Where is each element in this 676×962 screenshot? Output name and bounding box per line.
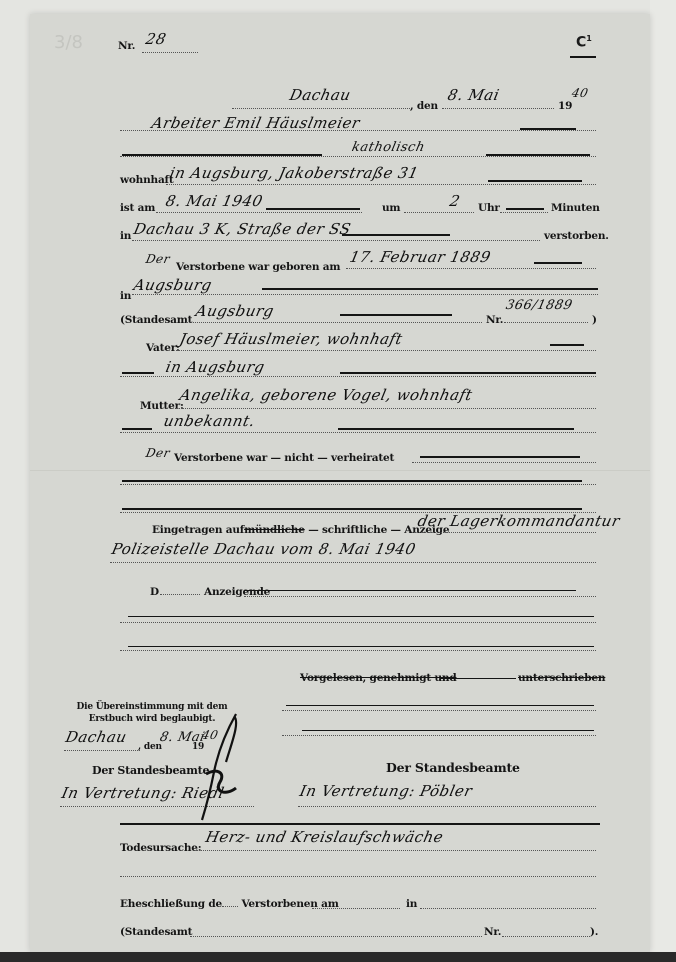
fill-bar (534, 262, 582, 264)
birth-standesamt-line (186, 322, 482, 323)
registrar-signature: In Vertretung: Pöbler (298, 782, 474, 800)
approval-strike-line (440, 678, 516, 679)
cause-of-death-value: Herz- und Kreislaufschwäche (204, 828, 445, 846)
cause-of-death-line-2 (120, 876, 596, 877)
mutter-value-1: Angelika, geborene Vogel, wohnhaft (178, 386, 474, 404)
fold-crease (30, 470, 650, 471)
anzeigende-prefix: D (150, 586, 159, 598)
scan-margin-right (650, 0, 676, 962)
uhr-label: Uhr (478, 202, 500, 214)
cause-of-death-line (196, 850, 596, 851)
hour-line (404, 212, 474, 213)
vater-value-1: Josef Häuslmeier, wohnhaft (178, 330, 404, 348)
mutter-value-2: unbekannt. (162, 412, 257, 430)
certification-place-line (64, 750, 140, 751)
place-of-death: Dachau 3 K, Straße der SS (132, 220, 353, 238)
fill-bar (302, 730, 594, 731)
marriage-close-paren: ). (590, 926, 598, 938)
fill-bar (342, 234, 450, 236)
fill-bar (262, 288, 598, 290)
marital-line-1 (412, 462, 596, 463)
mutter-line-2 (120, 432, 596, 433)
header-date-line (442, 108, 554, 109)
header-date: 8. Mai (446, 86, 501, 104)
minuten-label: Minuten (551, 202, 600, 214)
name-line (120, 130, 596, 131)
registration-line-1 (414, 532, 596, 533)
birth-close-paren: ) (592, 314, 597, 326)
marital-article: Der (145, 446, 172, 460)
um-label: um (382, 202, 400, 214)
birth-place-line (132, 294, 598, 295)
birth-label: Verstorbene war geboren am (176, 261, 340, 273)
fill-bar (420, 456, 580, 458)
birth-standesamt-value: Augsburg (194, 302, 276, 320)
birth-nr-label: Nr. (486, 314, 503, 326)
vater-line-2 (120, 376, 596, 377)
residence-value: in Augsburg, Jakoberstraße 31 (168, 164, 420, 182)
marriage-nr-line (502, 936, 590, 937)
marriage-in-label: in (406, 898, 417, 910)
marriage-standesamt-label: (Standesamt (120, 926, 192, 938)
approval-label: Vorgelesen, genehmigt und (300, 672, 456, 684)
fill-bar (122, 508, 582, 510)
fill-bar (122, 480, 582, 482)
separator-bar (120, 823, 600, 825)
religion-line (120, 156, 596, 157)
mutter-line-1 (176, 408, 596, 409)
registration-line-2 (110, 562, 596, 563)
fill-bar (286, 705, 594, 706)
scan-border-bottom (0, 952, 676, 962)
marriage-standesamt-line (190, 936, 482, 937)
registrar-title: Der Standesbeamte (386, 760, 520, 775)
place-of-death-line (132, 240, 540, 241)
marriage-label: Eheschließung de Verstorbenen am (120, 898, 339, 910)
nr-label: Nr. (118, 40, 135, 52)
certification-place: Dachau (64, 728, 128, 746)
vater-line-1 (176, 350, 596, 351)
birth-date-line (346, 268, 596, 269)
died-on-line (156, 212, 362, 213)
fill-bar (488, 180, 582, 182)
header-year-prefix: 19 (558, 100, 572, 112)
nr-value: 28 (144, 30, 168, 48)
registration-value-1: der Lagerkommandantur (416, 512, 622, 530)
fill-bar (550, 344, 584, 346)
fill-bar (128, 646, 594, 647)
anzeigende-line (244, 596, 596, 597)
marital-line-2 (120, 484, 596, 485)
deceased-religion: katholisch (350, 140, 426, 155)
form-code-underline (570, 56, 596, 58)
anzeigende-prefix-line (160, 594, 200, 595)
certification-line-1: Die Übereinstimmung mit dem (72, 702, 232, 712)
death-in-label: in (120, 230, 131, 242)
fill-bar (340, 314, 452, 316)
approval-label-end: unterschrieben (518, 672, 605, 684)
died-on-label: ist am (120, 202, 155, 214)
birth-in-label: in (120, 290, 131, 302)
registration-label: Eingetragen aufmündliche — schriftliche … (152, 524, 449, 536)
fill-bar (122, 428, 152, 430)
fill-bar (266, 208, 360, 210)
fill-bar (338, 428, 574, 430)
verstorben-label: verstorben. (544, 230, 609, 242)
certification-official-title: Der Standesbeamte (92, 764, 209, 777)
vater-value-2: in Augsburg (164, 358, 266, 376)
vater-label: Vater: (146, 342, 180, 354)
marital-label: Verstorbene war — nicht — verheiratet (174, 452, 394, 464)
header-place-line (232, 108, 410, 109)
marriage-date-line (312, 908, 400, 909)
fill-bar (122, 372, 154, 374)
residence-line (166, 184, 596, 185)
mutter-label: Mutter: (140, 400, 184, 412)
fill-bar (128, 616, 594, 617)
birth-article: Der (145, 252, 172, 266)
marriage-nr-label: Nr. (484, 926, 501, 938)
birth-date: 17. Februar 1889 (348, 248, 492, 266)
minutes-line (500, 212, 548, 213)
birth-place: Augsburg (132, 276, 214, 294)
header-year: 40 (571, 86, 590, 100)
header-den-label: , den (410, 100, 438, 112)
ghost-margin-number: 3/8 (54, 32, 83, 53)
header-place: Dachau (288, 86, 352, 104)
approval-line-2 (282, 735, 596, 736)
signature-flourish (196, 712, 246, 822)
birth-standesamt-label: (Standesamt (120, 314, 192, 326)
birth-nr-value: 366/1889 (504, 298, 573, 313)
registration-value-2: Polizeistelle Dachau vom 8. Mai 1940 (110, 540, 417, 558)
fill-bar (506, 208, 544, 210)
approval-line-1 (282, 710, 596, 711)
registrar-signature-line (298, 806, 596, 807)
anzeigende-line-2 (120, 622, 596, 623)
fill-bar (244, 590, 576, 591)
cause-of-death-label: Todesursache: (120, 842, 201, 854)
anzeigende-line-3 (120, 650, 596, 651)
marriage-place-line (420, 908, 596, 909)
fill-bar (340, 372, 596, 374)
nr-field-line (142, 52, 198, 53)
died-on-value: 8. Mai 1940 (164, 192, 264, 210)
form-code: C1 (576, 34, 592, 51)
birth-nr-line (504, 322, 588, 323)
